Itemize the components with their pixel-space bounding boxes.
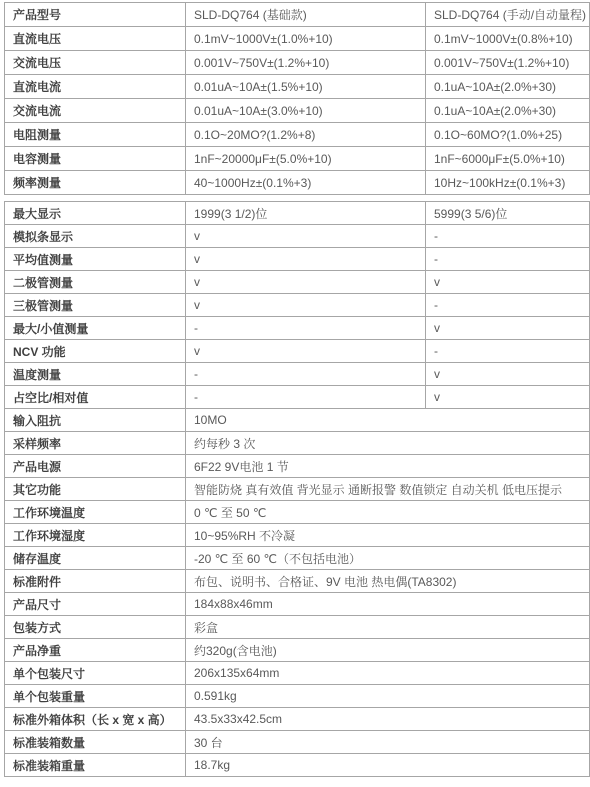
- table-row: 标准附件布包、说明书、合格证、9V 电池 热电偶(TA8302): [5, 570, 590, 593]
- spec-sheet: 产品型号SLD-DQ764 (基础款)SLD-DQ764 (手动/自动量程)直流…: [0, 0, 590, 777]
- spec-value-cell: 智能防烧 真有效值 背光显示 通断报警 数值锁定 自动关机 低电压提示: [186, 478, 590, 501]
- spec-label-cell: 最大/小值测量: [5, 317, 186, 340]
- spec-table-features-compare-body: 最大显示1999(3 1/2)位5999(3 5/6)位模拟条显示v-平均值测量…: [5, 202, 590, 409]
- spec-value-cell-auto: -: [426, 340, 590, 363]
- spec-table-measurements: 产品型号SLD-DQ764 (基础款)SLD-DQ764 (手动/自动量程)直流…: [4, 2, 590, 195]
- spec-label-cell: 单个包装尺寸: [5, 662, 186, 685]
- spec-label-cell: 储存温度: [5, 547, 186, 570]
- spec-label-cell: 产品尺寸: [5, 593, 186, 616]
- spec-table-features: 最大显示1999(3 1/2)位5999(3 5/6)位模拟条显示v-平均值测量…: [4, 201, 590, 777]
- spec-value-cell-auto: v: [426, 271, 590, 294]
- table-row: 标准装箱数量30 台: [5, 731, 590, 754]
- spec-value-cell-basic: 0.01uA~10A±(1.5%+10): [186, 75, 426, 99]
- table-row: 占空比/相对值-v: [5, 386, 590, 409]
- spec-label-cell: 温度测量: [5, 363, 186, 386]
- spec-label-cell: 产品型号: [5, 3, 186, 27]
- table-row: 工作环境湿度10~95%RH 不冷凝: [5, 524, 590, 547]
- spec-value-cell-auto: 0.1O~60MO?(1.0%+25): [426, 123, 590, 147]
- table-row: 交流电流0.01uA~10A±(3.0%+10)0.1uA~10A±(2.0%+…: [5, 99, 590, 123]
- table-row: 电容测量1nF~20000μF±(5.0%+10)1nF~6000μF±(5.0…: [5, 147, 590, 171]
- spec-label-cell: 占空比/相对值: [5, 386, 186, 409]
- spec-value-cell-auto: 5999(3 5/6)位: [426, 202, 590, 225]
- table-row: 包装方式彩盒: [5, 616, 590, 639]
- spec-value-cell: 彩盒: [186, 616, 590, 639]
- spec-label-cell: 标准附件: [5, 570, 186, 593]
- table-row: 频率测量40~1000Hz±(0.1%+3)10Hz~100kHz±(0.1%+…: [5, 171, 590, 195]
- spec-value-cell: 10~95%RH 不冷凝: [186, 524, 590, 547]
- spec-value-cell-auto: -: [426, 294, 590, 317]
- table-row: 工作环境温度0 ℃ 至 50 ℃: [5, 501, 590, 524]
- spec-value-cell: 约320g(含电池): [186, 639, 590, 662]
- spec-label-cell: 采样频率: [5, 432, 186, 455]
- spec-label-cell: 三极管测量: [5, 294, 186, 317]
- spec-value-cell: 43.5x33x42.5cm: [186, 708, 590, 731]
- spec-label-cell: 其它功能: [5, 478, 186, 501]
- spec-value-cell-basic: 0.1mV~1000V±(1.0%+10): [186, 27, 426, 51]
- table-row: NCV 功能v-: [5, 340, 590, 363]
- spec-label-cell: NCV 功能: [5, 340, 186, 363]
- spec-value-cell-basic: v: [186, 248, 426, 271]
- spec-label-cell: 模拟条显示: [5, 225, 186, 248]
- spec-value-cell-basic: -: [186, 363, 426, 386]
- spec-value-cell: 0 ℃ 至 50 ℃: [186, 501, 590, 524]
- spec-label-cell: 标准装箱重量: [5, 754, 186, 777]
- table-row: 三极管测量v-: [5, 294, 590, 317]
- spec-label-cell: 交流电流: [5, 99, 186, 123]
- table-row: 温度测量-v: [5, 363, 590, 386]
- spec-label-cell: 交流电压: [5, 51, 186, 75]
- spec-value-cell: 18.7kg: [186, 754, 590, 777]
- table-row: 产品尺寸184x88x46mm: [5, 593, 590, 616]
- spec-value-cell: 10MO: [186, 409, 590, 432]
- table-row: 标准外箱体积（长 x 宽 x 高）43.5x33x42.5cm: [5, 708, 590, 731]
- spec-label-cell: 直流电流: [5, 75, 186, 99]
- spec-label-cell: 输入阻抗: [5, 409, 186, 432]
- table-row: 直流电压0.1mV~1000V±(1.0%+10)0.1mV~1000V±(0.…: [5, 27, 590, 51]
- spec-label-cell: 最大显示: [5, 202, 186, 225]
- spec-label-cell: 平均值测量: [5, 248, 186, 271]
- table-row: 单个包装尺寸206x135x64mm: [5, 662, 590, 685]
- table-row: 输入阻抗10MO: [5, 409, 590, 432]
- spec-value-cell-auto: 0.1uA~10A±(2.0%+30): [426, 99, 590, 123]
- spec-value-cell: 184x88x46mm: [186, 593, 590, 616]
- spec-value-cell: 约每秒 3 次: [186, 432, 590, 455]
- table-row: 最大显示1999(3 1/2)位5999(3 5/6)位: [5, 202, 590, 225]
- table-row: 采样频率约每秒 3 次: [5, 432, 590, 455]
- spec-value-cell-auto: 0.001V~750V±(1.2%+10): [426, 51, 590, 75]
- spec-value-cell-auto: 0.1mV~1000V±(0.8%+10): [426, 27, 590, 51]
- spec-label-cell: 包装方式: [5, 616, 186, 639]
- spec-value-cell-basic: -: [186, 386, 426, 409]
- spec-value-cell-auto: v: [426, 363, 590, 386]
- spec-value-cell-basic: 0.001V~750V±(1.2%+10): [186, 51, 426, 75]
- table-row: 二极管测量vv: [5, 271, 590, 294]
- spec-value-cell-auto: v: [426, 386, 590, 409]
- table-row: 产品净重约320g(含电池): [5, 639, 590, 662]
- spec-value-cell-auto: -: [426, 248, 590, 271]
- table-row: 其它功能智能防烧 真有效值 背光显示 通断报警 数值锁定 自动关机 低电压提示: [5, 478, 590, 501]
- table-row: 产品电源6F22 9V电池 1 节: [5, 455, 590, 478]
- spec-value-cell-basic: v: [186, 225, 426, 248]
- spec-label-cell: 产品净重: [5, 639, 186, 662]
- spec-table-features-span-body: 输入阻抗10MO采样频率约每秒 3 次产品电源6F22 9V电池 1 节其它功能…: [5, 409, 590, 777]
- table-row: 平均值测量v-: [5, 248, 590, 271]
- spec-label-cell: 二极管测量: [5, 271, 186, 294]
- spec-label-cell: 标准装箱数量: [5, 731, 186, 754]
- spec-label-cell: 产品电源: [5, 455, 186, 478]
- spec-table-measurements-body: 产品型号SLD-DQ764 (基础款)SLD-DQ764 (手动/自动量程)直流…: [5, 3, 590, 195]
- table-row: 储存温度-20 ℃ 至 60 ℃（不包括电池）: [5, 547, 590, 570]
- spec-value-cell-auto: v: [426, 317, 590, 340]
- spec-value-cell: 30 台: [186, 731, 590, 754]
- spec-value-cell-auto: 10Hz~100kHz±(0.1%+3): [426, 171, 590, 195]
- spec-value-cell-auto: 0.1uA~10A±(2.0%+30): [426, 75, 590, 99]
- spec-label-cell: 单个包装重量: [5, 685, 186, 708]
- table-row: 直流电流0.01uA~10A±(1.5%+10)0.1uA~10A±(2.0%+…: [5, 75, 590, 99]
- spec-value-cell-basic: 0.01uA~10A±(3.0%+10): [186, 99, 426, 123]
- spec-value-cell: 0.591kg: [186, 685, 590, 708]
- spec-value-cell: 布包、说明书、合格证、9V 电池 热电偶(TA8302): [186, 570, 590, 593]
- spec-label-cell: 频率测量: [5, 171, 186, 195]
- spec-label-cell: 直流电压: [5, 27, 186, 51]
- table-row: 电阻测量0.1O~20MO?(1.2%+8)0.1O~60MO?(1.0%+25…: [5, 123, 590, 147]
- spec-label-cell: 工作环境温度: [5, 501, 186, 524]
- spec-value-cell-basic: v: [186, 294, 426, 317]
- spec-value-cell: 206x135x64mm: [186, 662, 590, 685]
- spec-value-cell: 6F22 9V电池 1 节: [186, 455, 590, 478]
- spec-value-cell-basic: -: [186, 317, 426, 340]
- table-row: 标准装箱重量18.7kg: [5, 754, 590, 777]
- spec-label-cell: 标准外箱体积（长 x 宽 x 高）: [5, 708, 186, 731]
- spec-value-cell-basic: SLD-DQ764 (基础款): [186, 3, 426, 27]
- spec-value-cell-basic: 1nF~20000μF±(5.0%+10): [186, 147, 426, 171]
- spec-value-cell-auto: SLD-DQ764 (手动/自动量程): [426, 3, 590, 27]
- spec-value-cell-basic: v: [186, 271, 426, 294]
- spec-label-cell: 电阻测量: [5, 123, 186, 147]
- spec-value-cell-basic: 40~1000Hz±(0.1%+3): [186, 171, 426, 195]
- spec-value-cell-basic: 1999(3 1/2)位: [186, 202, 426, 225]
- spec-label-cell: 工作环境湿度: [5, 524, 186, 547]
- spec-label-cell: 电容测量: [5, 147, 186, 171]
- spec-value-cell: -20 ℃ 至 60 ℃（不包括电池）: [186, 547, 590, 570]
- table-row: 产品型号SLD-DQ764 (基础款)SLD-DQ764 (手动/自动量程): [5, 3, 590, 27]
- table-row: 单个包装重量0.591kg: [5, 685, 590, 708]
- spec-value-cell-auto: 1nF~6000μF±(5.0%+10): [426, 147, 590, 171]
- spec-value-cell-basic: 0.1O~20MO?(1.2%+8): [186, 123, 426, 147]
- table-row: 最大/小值测量-v: [5, 317, 590, 340]
- spec-value-cell-basic: v: [186, 340, 426, 363]
- table-row: 模拟条显示v-: [5, 225, 590, 248]
- spec-value-cell-auto: -: [426, 225, 590, 248]
- table-row: 交流电压0.001V~750V±(1.2%+10)0.001V~750V±(1.…: [5, 51, 590, 75]
